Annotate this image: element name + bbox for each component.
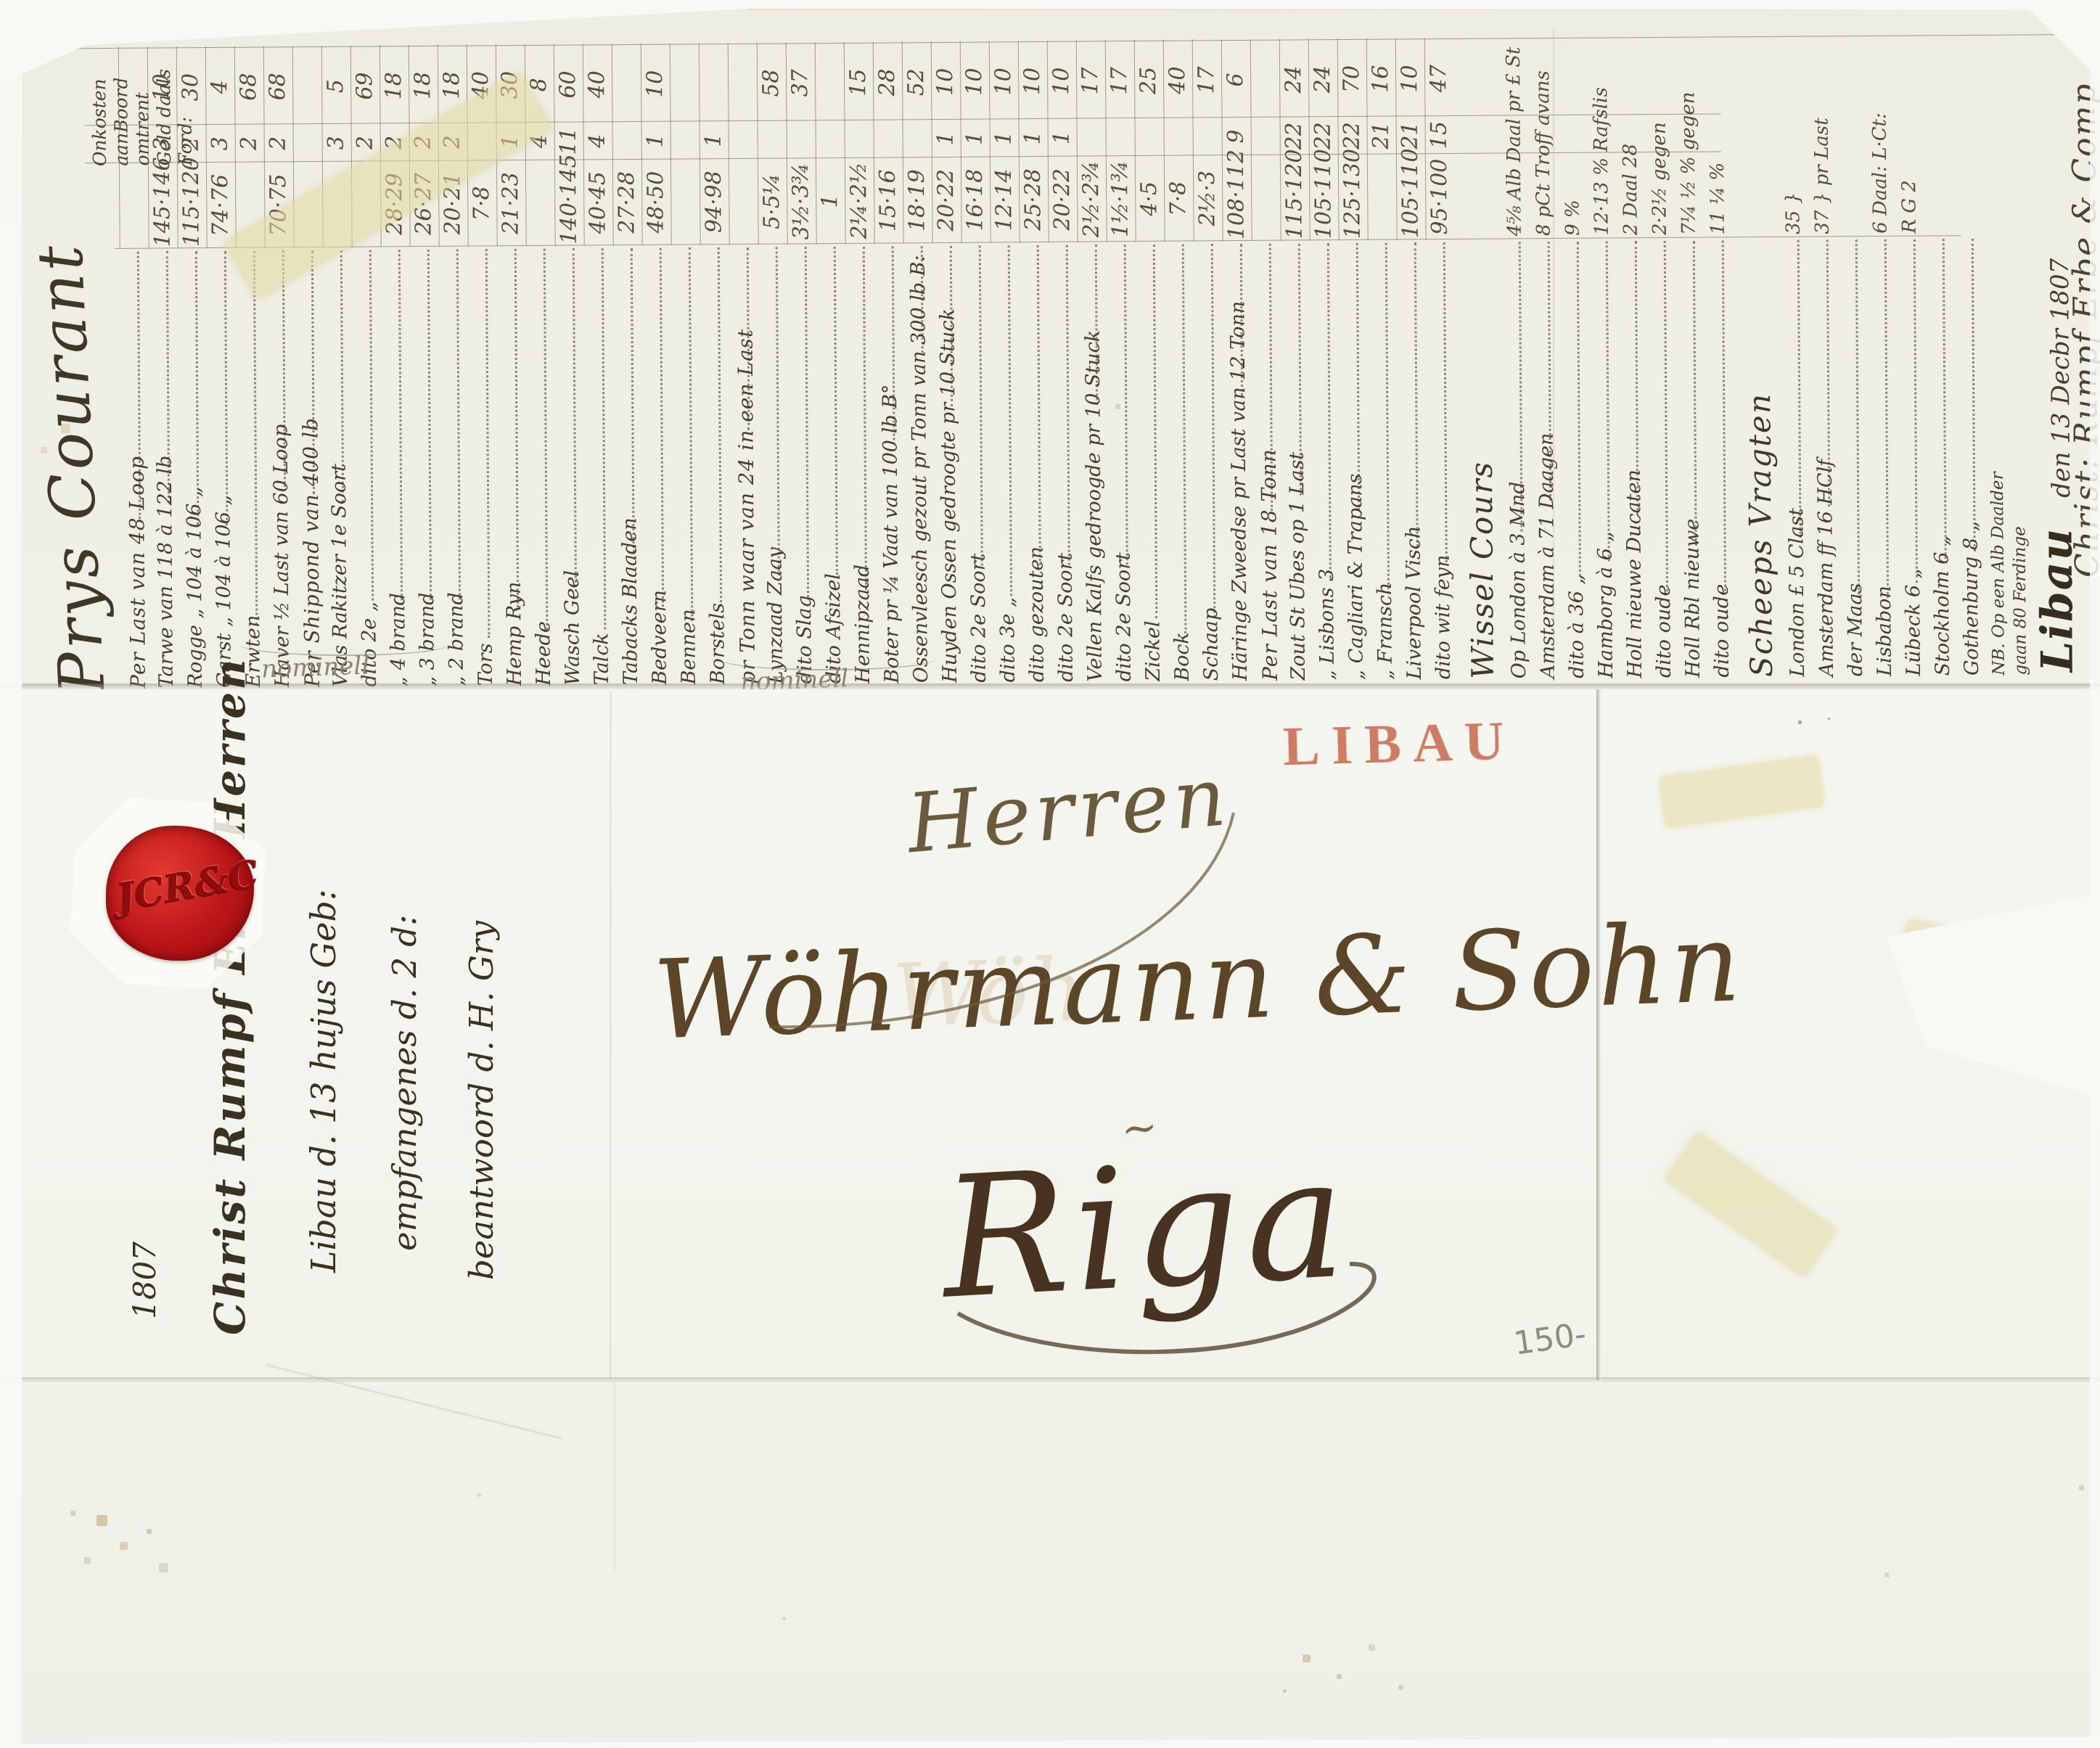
dotted-leader — [369, 250, 374, 601]
exchange-value: 11 ¼ % — [1706, 30, 1729, 234]
price-row: Bennen — [670, 36, 703, 689]
row-label: „ Lisbons 3 — [1316, 569, 1339, 681]
exchange-value: 37 } pr Last — [1810, 29, 1834, 234]
row-label: Borstels — [706, 603, 729, 684]
price-vb: 68 — [263, 50, 293, 123]
dotted-leader — [573, 248, 577, 591]
row-label: Per Last van 48 Loop — [125, 456, 150, 689]
price-row: Garst „ 104 à 106 „74·7634 — [205, 39, 239, 689]
price-vb: 18 — [409, 49, 438, 122]
price-va: 21 — [1367, 118, 1396, 153]
row-label: Heede — [532, 621, 555, 686]
price-vb: 5 — [321, 50, 351, 123]
price-row: dito Afsizel1 — [815, 35, 848, 688]
price-va: 21 — [1396, 118, 1425, 152]
dotted-leader — [776, 247, 780, 575]
row-label: Vellen Kalfs gedroogde pr 10 Stuck — [1082, 330, 1107, 682]
row-label: dito oude — [1710, 584, 1734, 678]
dotted-leader — [1356, 243, 1361, 510]
price-row: dito 3e „12·14110 — [989, 33, 1022, 686]
scan-edge-bottom — [0, 1736, 2100, 1748]
price-row: Liverpool Visch105·1102110 — [1395, 30, 1429, 684]
city-name: Riga — [924, 1120, 1369, 1337]
price-va: 1 — [641, 123, 670, 158]
dotted-leader — [253, 251, 258, 625]
price-vb: 52 — [902, 46, 932, 118]
price-va: 1 — [1048, 120, 1077, 155]
dotted-leader — [689, 247, 694, 621]
price-row: dito 2e „269 — [350, 38, 384, 689]
tape-strip-tear — [1898, 919, 2085, 1003]
price-row: Wissel Cours — [1453, 30, 1504, 684]
dotted-leader — [1095, 245, 1099, 405]
exchange-value: R G 2 — [1898, 29, 1921, 234]
price-va — [758, 122, 787, 157]
price-range: 18·19 — [903, 159, 932, 242]
row-label: Op London à 3 Mnd — [1506, 481, 1530, 678]
price-vb: 18 — [380, 49, 409, 122]
price-range: 115·120 — [1280, 156, 1310, 239]
price-row: Talck40·45440 — [583, 36, 616, 689]
row-label: Tabacks Blaaden — [618, 517, 642, 685]
exchange-value: 35 } — [1781, 30, 1805, 234]
row-label: London £ 5 Clast — [1785, 508, 1809, 677]
price-range: 74·76 — [206, 164, 236, 247]
row-label: der Maas — [1844, 583, 1867, 677]
docket-annotations: 1807 Christ Rumpf Erbe HerrenLibau d. 13… — [127, 692, 591, 1360]
row-label: Zickel — [1141, 620, 1165, 681]
dotted-leader — [1943, 239, 1947, 559]
price-range: 20·22 — [1048, 158, 1078, 241]
price-va: 2 — [235, 126, 264, 160]
price-row: Huyden Ossen gedroogte pr 10 Stuck20·221… — [931, 34, 964, 687]
row-label: Wissel Cours — [1464, 461, 1501, 679]
price-row: Zout St Ubes op 1 Last115·1202224 — [1279, 31, 1313, 684]
dotted-leader — [1914, 239, 1918, 583]
price-row: Holl nieuwe Ducaten2 Daal 28 — [1616, 29, 1649, 682]
dotted-leader — [602, 248, 607, 630]
price-range: 7·8 — [467, 162, 497, 245]
price-vb: 17 — [1192, 44, 1222, 116]
price-range: 95·100 — [1425, 155, 1455, 238]
price-row: dito Slag3½·3¾37 — [786, 35, 819, 688]
price-va: 15 — [1425, 118, 1454, 152]
price-vb: 6 — [1221, 44, 1251, 116]
price-vb — [815, 46, 845, 119]
dotted-leader — [1664, 241, 1668, 592]
row-label: dito 2e Soort — [1112, 552, 1136, 681]
row-label: „ Fransch — [1374, 583, 1397, 680]
row-label: Hamborg à 6 „ — [1594, 531, 1617, 678]
price-va: 3 — [148, 126, 177, 161]
price-va — [1164, 120, 1193, 155]
row-label: „ 2 brand — [445, 592, 468, 686]
exchange-value: 2·2½ gegen — [1648, 30, 1671, 235]
row-label: Holl Rbl nieuwe — [1681, 519, 1705, 678]
row-label: „ 4 brand — [387, 593, 410, 687]
price-range: 1½·1¾ — [1106, 157, 1136, 240]
price-row: pr Tonn waar van 24 in een Last — [728, 36, 761, 689]
row-label: dito wit feyn — [1432, 555, 1455, 680]
price-row: Vlas Rakitzer 1e Soort35 — [321, 38, 355, 689]
row-label: Amsterdam ff 16 HClf — [1814, 459, 1838, 677]
price-va: 2 — [264, 126, 293, 160]
price-vb: 30 — [496, 49, 525, 121]
price-va: 9 — [1222, 119, 1251, 154]
price-vb: 68 — [234, 50, 264, 123]
pencil-number: 150- — [1512, 1316, 1588, 1362]
price-row: Bock7·840 — [1163, 33, 1197, 686]
dotted-leader — [1884, 239, 1889, 598]
price-row: dito oude2·2½ gegen — [1645, 29, 1678, 682]
price-va: 1 — [990, 120, 1019, 155]
price-va: 22 — [1338, 118, 1367, 153]
price-row: Haver ½ Last van 60 Loop70·75268 — [263, 38, 297, 689]
price-range: 5·5¼ — [758, 160, 787, 242]
price-row: Vellen Kalfs gedroogde pr 10 Stuck2½·2¾1… — [1076, 33, 1110, 686]
dotted-leader — [1385, 243, 1390, 594]
price-vb: 24 — [1279, 43, 1309, 115]
price-vb: 17 — [1105, 44, 1135, 117]
dotted-leader — [1722, 240, 1726, 591]
dotted-leader — [1693, 241, 1697, 546]
dotted-leader — [1124, 245, 1128, 565]
price-range: 105·110 — [1396, 155, 1426, 238]
dotted-leader — [1443, 242, 1448, 563]
price-va: 4 — [583, 123, 612, 158]
price-vb: 10 — [641, 48, 670, 120]
row-label: Hemp Ryn — [503, 581, 526, 686]
price-row: „ Lisbons 3105·1102224 — [1308, 31, 1342, 684]
price-va — [903, 121, 932, 156]
price-row: „ 3 brand26·27218 — [409, 38, 442, 689]
price-range: 145·146 — [148, 164, 178, 247]
price-va — [670, 123, 700, 157]
blank-panel-tint — [0, 1382, 2100, 1748]
price-rows: Per Last van 48 LoopTarwe van 118 à 122 … — [118, 26, 2091, 689]
dotted-leader — [1972, 239, 1976, 551]
price-va: 3 — [322, 126, 351, 160]
exchange-value: 12·13 % Rafslis — [1590, 31, 1613, 236]
price-range: 108·112 — [1222, 157, 1252, 239]
price-vb: 18 — [438, 49, 467, 122]
dotted-leader — [1037, 245, 1041, 566]
dotted-leader — [979, 246, 983, 567]
price-range: 48·50 — [641, 161, 671, 244]
price-vb: 17 — [1076, 44, 1106, 117]
price-vb: 4 — [205, 51, 235, 123]
price-row: Per Shippond van 400 lb — [292, 38, 326, 689]
price-row: Häringe Zweedse pr Last van 12 Tonn108·1… — [1221, 32, 1255, 685]
price-range — [235, 163, 265, 246]
price-row: Hamborg à 6 „12·13 % Rafslis — [1587, 29, 1620, 682]
price-row: Wasch Geel140·1451160 — [554, 36, 587, 689]
tape-strip-right-lower — [1664, 1132, 1837, 1277]
price-va — [1193, 119, 1222, 154]
price-range: 12·14 — [990, 158, 1020, 241]
row-label: Stockholm 6 „ — [1931, 536, 1954, 676]
dotted-leader — [1327, 243, 1332, 579]
dotted-leader — [631, 248, 635, 554]
dotted-leader — [718, 247, 722, 606]
price-va — [1077, 120, 1106, 155]
row-label: dito 2e Soort — [967, 553, 990, 682]
price-row: der Maas — [1837, 28, 1870, 681]
price-vb: 10 — [1047, 45, 1077, 118]
row-label: Tarwe van 118 à 122 lb — [154, 456, 178, 689]
price-range: 15·16 — [874, 159, 903, 242]
row-label: Lübeck 6 „ — [1902, 568, 1925, 676]
row-label: „ 3 brand — [416, 593, 439, 687]
dateline-signature: Christ: Rumpf Erbe & Comp — [2065, 26, 2100, 578]
price-range: 4·5 — [1135, 157, 1165, 240]
price-range: 2½·3 — [1193, 157, 1223, 239]
docket-line: empfangenes d. 2 d: — [385, 915, 424, 1251]
price-range: 21·23 — [496, 162, 526, 245]
price-row: dito oude11 ¼ % — [1703, 28, 1736, 681]
addressee-name: Wöhrmann & Sohn — [651, 903, 1670, 1064]
exchange-value: 4⅝ Alb Daal pr £ St — [1503, 31, 1526, 236]
price-range: 16·18 — [961, 158, 990, 241]
price-row: London £ 5 Clast35 } — [1779, 28, 1812, 681]
price-row: Bedveern48·50110 — [641, 36, 674, 689]
docket-year: 1807 — [127, 1242, 163, 1319]
row-label: Per Last van 18 Tonn — [1257, 448, 1282, 681]
price-row: Boter pr ¼ Vaat van 100 lb B°15·1628 — [873, 34, 906, 687]
price-vb: 10 — [960, 45, 990, 118]
price-row: Tors7·840 — [467, 37, 500, 689]
price-range — [525, 162, 555, 245]
pencil-note-nominell-2: nominell — [739, 664, 849, 689]
price-vb: 37 — [786, 46, 816, 119]
price-range: 27·28 — [612, 161, 642, 244]
price-vb: 58 — [757, 46, 787, 119]
tape-strip-right-upper — [1659, 755, 1824, 828]
fold-crease-lower — [0, 1377, 2100, 1384]
dotted-leader — [660, 248, 664, 607]
row-label: Ossenvleesch gezout pr Tonn van 300 lb B… — [907, 255, 932, 683]
foxing-stains — [0, 0, 1, 1]
docket-line: beantwoord d. H. Gry — [462, 921, 501, 1280]
price-range: 1 — [816, 160, 845, 242]
price-row: Per Last van 18 Tonn — [1250, 32, 1284, 685]
price-range — [1367, 156, 1397, 239]
price-va: 2 — [409, 125, 438, 160]
price-va — [1135, 120, 1164, 155]
docket-line: Christ Rumpf Erbe Herren — [205, 657, 255, 1335]
dotted-leader — [834, 247, 838, 575]
price-range: 115·120 — [177, 164, 207, 247]
row-label: dito 2e Soort — [1054, 553, 1078, 682]
price-range: 125·130 — [1338, 156, 1368, 239]
price-range — [670, 160, 700, 243]
price-row: Amsterdam ff 16 HClf37 } pr Last — [1808, 28, 1841, 681]
price-vb: 10 — [147, 51, 177, 123]
dotted-leader — [456, 250, 461, 601]
rotated-price-page: Prys Courant Onkosten aanBoord omtrent G… — [0, 25, 2100, 689]
dotted-leader — [427, 250, 432, 601]
price-vb: 8 — [525, 49, 554, 121]
row-label: pr Tonn waar van 24 in een Last — [734, 329, 760, 684]
exchange-value: 9 % — [1561, 31, 1584, 236]
dotted-leader — [1066, 245, 1070, 566]
price-row: dito 2e Soort16·18110 — [960, 33, 993, 686]
price-vb: 16 — [1366, 43, 1396, 115]
row-label: Wasch Geel — [561, 570, 584, 686]
exchange-value: 8 pCt Troff avans — [1532, 31, 1555, 236]
dotted-leader — [195, 251, 200, 526]
letter-scan: Prys Courant Onkosten aanBoord omtrent G… — [0, 0, 2100, 1748]
dotted-leader — [398, 250, 403, 601]
price-range: 7·8 — [1164, 157, 1194, 240]
dotted-leader — [1855, 239, 1860, 598]
price-va: 1 — [1019, 120, 1048, 155]
price-va: 2 — [380, 125, 409, 160]
price-row: Tabacks Blaaden27·28 — [612, 36, 645, 689]
price-vb: 10 — [1395, 42, 1425, 115]
row-label: Lisbabon — [1873, 586, 1896, 676]
row-label: Huyden Ossen gedroogte pr 10 Stuck — [936, 308, 961, 683]
row-label: Amsterdam à 71 Daagen — [1535, 433, 1559, 679]
wrinkle-line — [266, 1363, 562, 1440]
price-range: 3½·3¾ — [787, 160, 816, 242]
row-label: Bedveern — [648, 590, 671, 685]
paper-under-edge — [747, 0, 2025, 10]
price-row: dito 2e Soort1½·1¾17 — [1105, 33, 1139, 686]
dotted-leader — [863, 247, 867, 590]
price-va — [787, 122, 816, 157]
price-row: Lübeck 6 „R G 2 — [1895, 28, 1928, 681]
price-row: Hennipzaad2¼·2½15 — [844, 35, 877, 688]
price-vb: 40 — [583, 48, 612, 120]
price-vb — [670, 47, 700, 120]
row-label: Bock — [1170, 632, 1193, 681]
dotted-leader — [485, 249, 491, 638]
price-va: 1 — [961, 120, 990, 155]
price-va — [874, 121, 903, 156]
price-va: 2 — [438, 125, 467, 160]
row-label: „ Cagliari & Trapans — [1344, 474, 1368, 681]
price-row: Schaap2½·317 — [1192, 32, 1226, 685]
row-label: Bennen — [677, 609, 700, 684]
fold-crease-bottom-vertical — [614, 1382, 617, 1571]
price-vb: 70 — [1337, 43, 1367, 115]
price-row: Tarwe van 118 à 122 lb145·146310 — [147, 39, 181, 689]
price-row: Amsterdam à 71 Daagen8 pCt Troff avans — [1529, 30, 1562, 683]
price-vb: 10 — [989, 45, 1019, 118]
price-row: „ Cagliari & Trapans125·1302270 — [1337, 31, 1371, 684]
price-row: Borstels94·981 — [699, 36, 732, 689]
dotted-leader — [805, 247, 809, 598]
price-vb: 47 — [1424, 42, 1454, 115]
dotted-leader — [1577, 242, 1581, 578]
price-vb — [699, 47, 729, 120]
row-label: Gothenburg 8 „ — [1959, 521, 1982, 676]
price-row: Gothenburg 8 „ — [1953, 27, 1986, 680]
row-label: gaan 80 Ferdinge — [2010, 526, 2030, 676]
row-label: Holl nieuwe Ducaten — [1623, 469, 1646, 678]
row-label: Boter pr ¼ Vaat van 100 lb B° — [879, 384, 903, 683]
price-vb: 24 — [1308, 43, 1338, 115]
price-va — [467, 124, 496, 159]
dotted-leader — [224, 251, 229, 526]
price-va: 11 — [554, 123, 583, 158]
price-range: 105·110 — [1309, 156, 1339, 239]
price-va — [845, 122, 874, 157]
price-range: 2¼·2½ — [845, 160, 874, 242]
dotted-leader — [1153, 245, 1158, 618]
price-current-strip: Prys Courant Onkosten aanBoord omtrent G… — [0, 0, 2100, 689]
row-label: dito oude — [1652, 584, 1676, 678]
price-range: 20·22 — [932, 159, 961, 242]
dotted-leader — [544, 249, 549, 631]
row-label: Zout St Ubes op 1 Last — [1286, 452, 1310, 681]
row-label: Liverpool Visch — [1402, 526, 1425, 680]
dotted-leader — [1211, 244, 1216, 617]
price-row: Rogge „ 104 à 106 „115·120230 — [176, 39, 210, 689]
price-row: Heede48 — [525, 37, 558, 689]
price-vb: 28 — [873, 46, 903, 118]
price-range: 140·145 — [554, 161, 584, 244]
price-va — [816, 122, 845, 157]
price-va: 2 — [177, 126, 206, 161]
fold-crease-left-vertical — [610, 691, 613, 1380]
pencil-note-nominell-1: nominell — [261, 651, 370, 684]
row-label: Rogge „ 104 à 106 „ — [183, 487, 207, 688]
price-va: 1 — [932, 121, 961, 156]
dotted-leader — [1008, 245, 1012, 596]
paper-tear-white — [1858, 889, 2100, 1107]
price-vb: 10 — [931, 46, 961, 118]
price-row: dito 2e Soort20·22110 — [1047, 33, 1080, 686]
price-range — [351, 163, 381, 245]
price-vb: 69 — [350, 49, 380, 122]
fold-crease-right-vertical — [1596, 689, 1601, 1380]
price-row: dito wit feyn95·1001547 — [1424, 30, 1458, 684]
dotted-leader — [514, 249, 519, 607]
price-row: Stockholm 6 „ — [1924, 27, 1957, 680]
price-va: 3 — [206, 126, 235, 161]
price-row: Lynzaad Zaay5·5¼58 — [757, 35, 790, 688]
price-va — [1106, 120, 1135, 155]
price-va: 4 — [525, 124, 554, 159]
row-label: Talck — [590, 633, 613, 685]
price-row: „ Fransch2116 — [1366, 31, 1400, 684]
row-label: Tors — [475, 643, 497, 686]
row-label: Schaap — [1199, 608, 1223, 681]
price-row: Per Last van 48 Loop — [118, 40, 152, 689]
exchange-value: 2 Daal 28 — [1619, 30, 1642, 235]
price-vb: 30 — [176, 51, 206, 123]
price-row: Holl Rbl nieuwe7¼ ½ % gegen — [1674, 29, 1707, 682]
dotted-leader — [1182, 245, 1187, 633]
price-range — [322, 163, 352, 246]
price-vb: 10 — [1018, 45, 1048, 118]
exchange-value: 6 Daal: L·Ct: — [1869, 29, 1892, 234]
price-range: 2½·2¾ — [1077, 157, 1107, 240]
dotted-leader — [892, 246, 895, 445]
price-va: 22 — [1280, 118, 1309, 153]
price-range: 40·45 — [583, 161, 613, 244]
row-label: Scheeps Vragten — [1742, 393, 1779, 677]
price-range: 70·75 — [264, 163, 294, 246]
exchange-value: 7¼ ½ % gegen — [1677, 30, 1700, 235]
colhead-line1: Onkosten — [89, 43, 111, 166]
seal-monogram: JCR&C — [113, 854, 247, 920]
price-row: „ 2 brand20·21218 — [438, 38, 471, 689]
price-vb: 60 — [554, 48, 583, 120]
price-row: Hemp Ryn21·23130 — [496, 37, 529, 689]
